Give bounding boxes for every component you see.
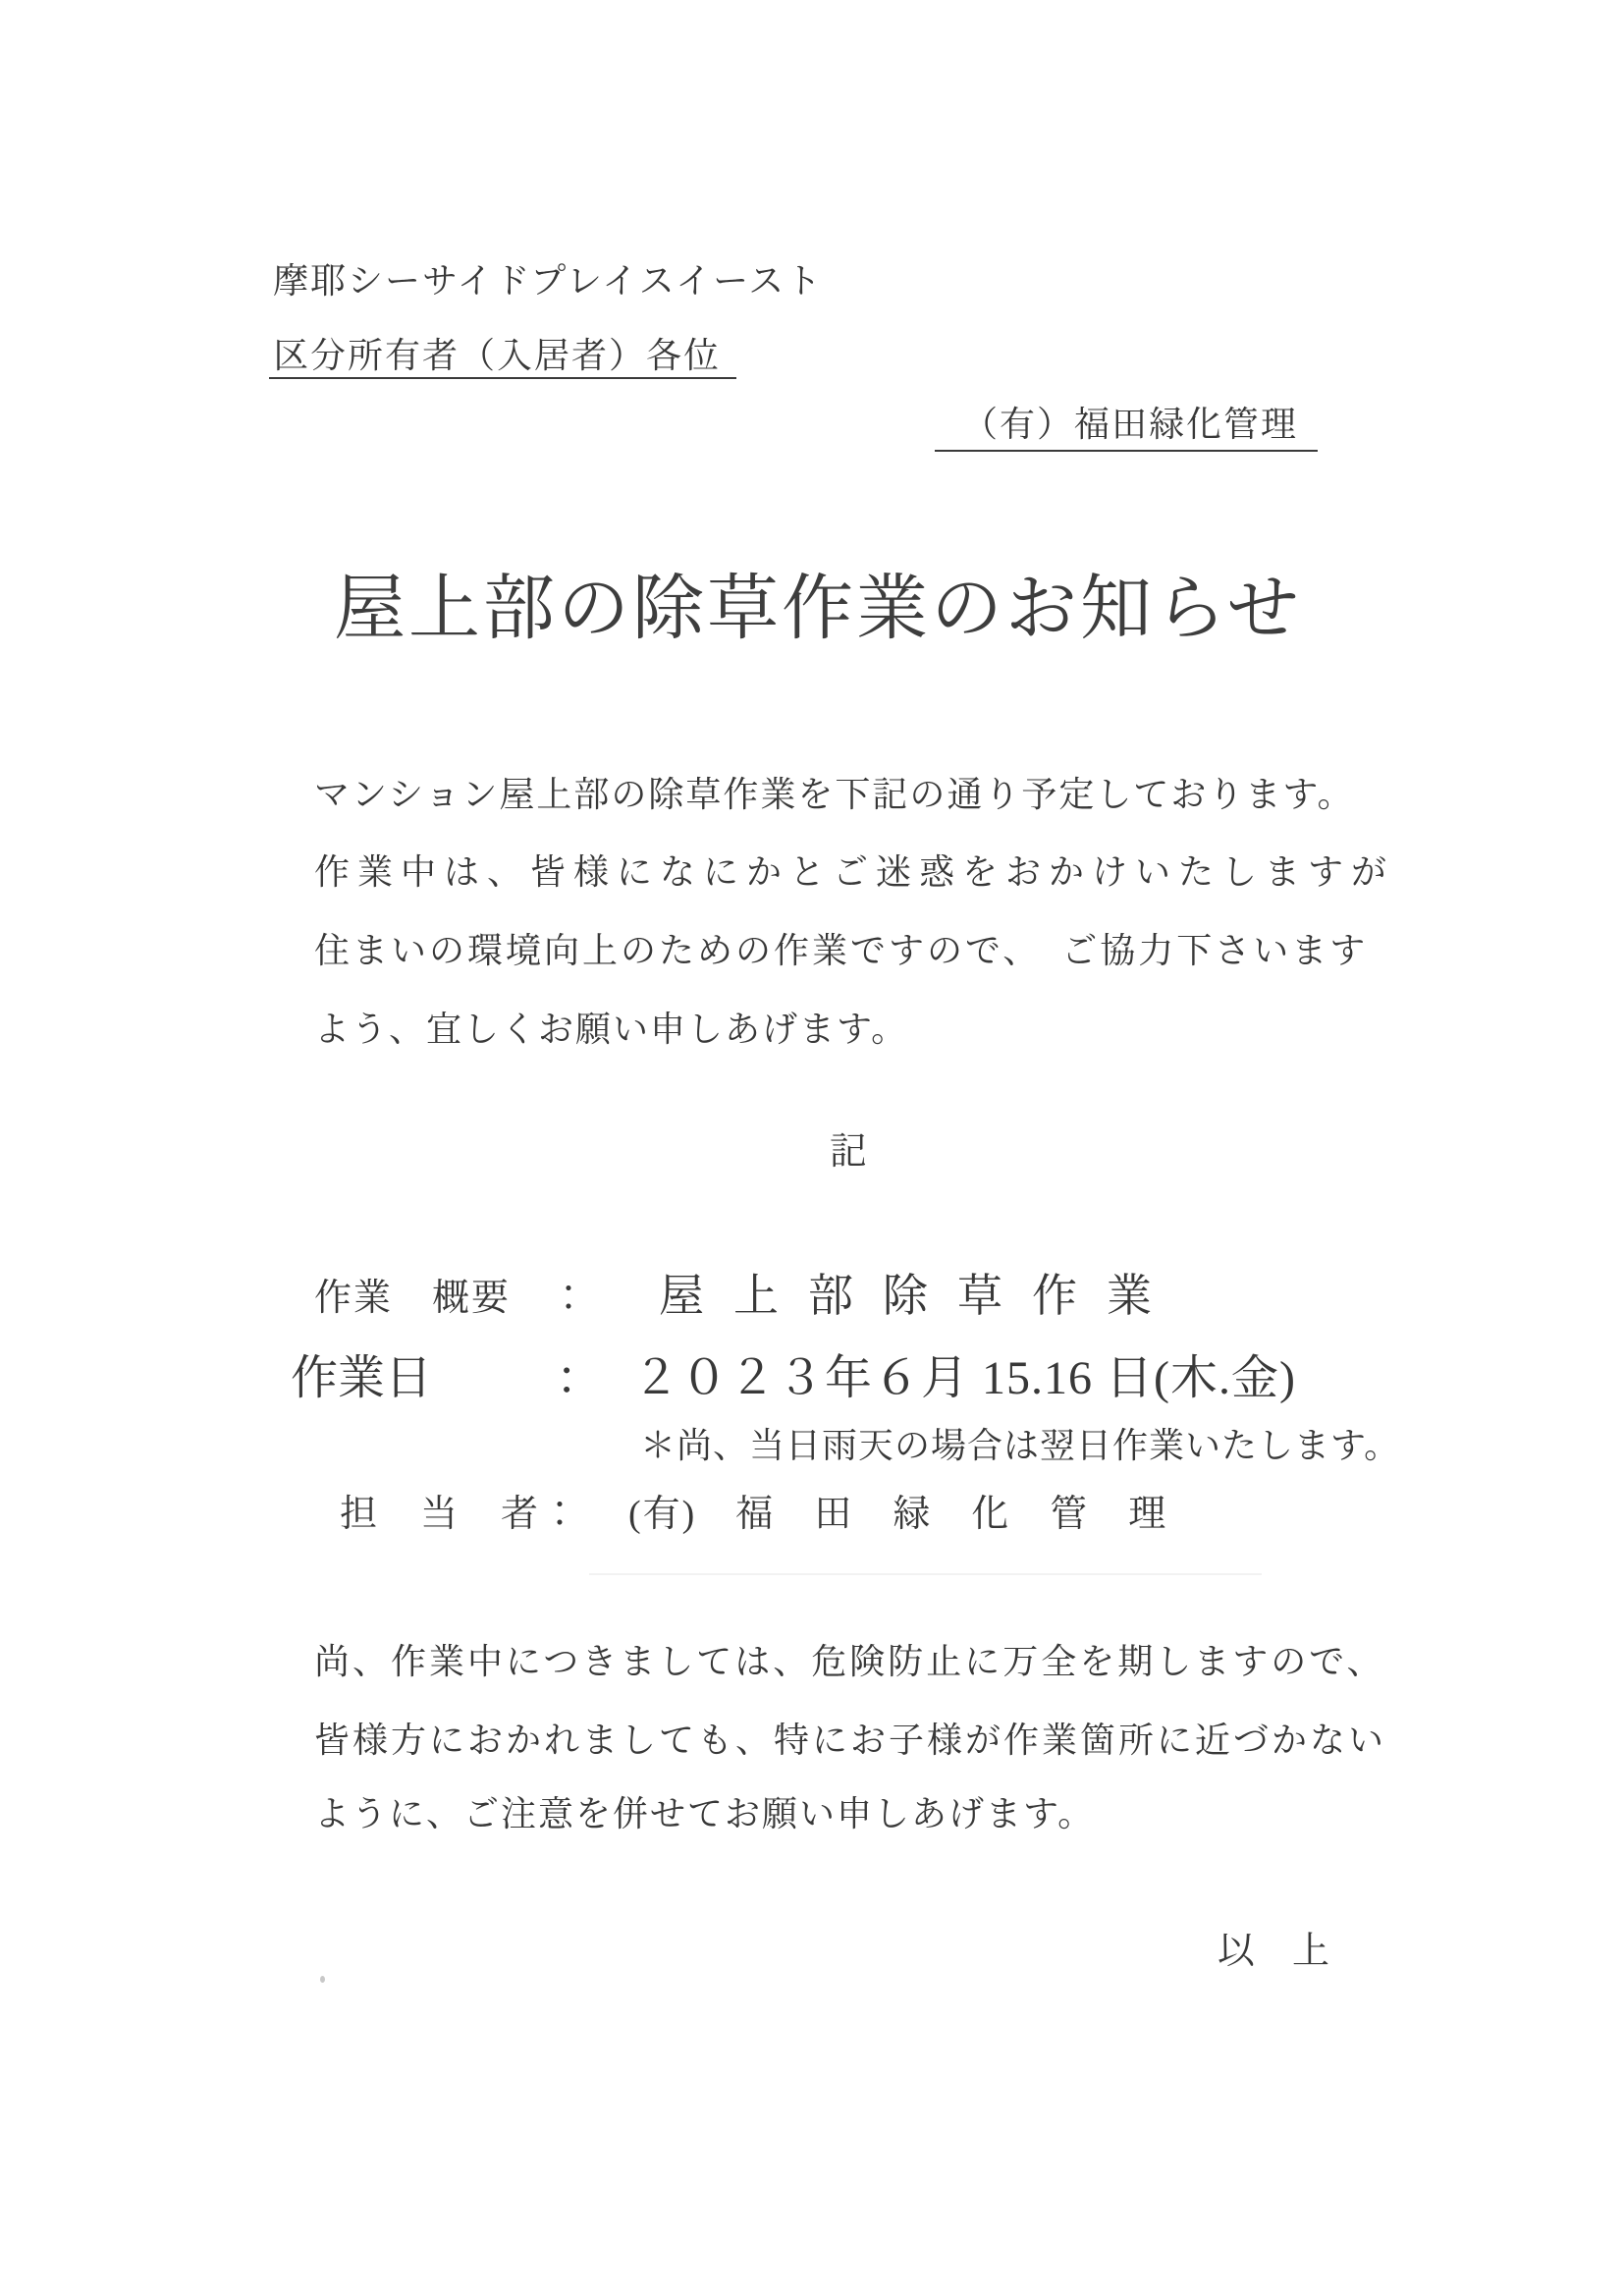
rain-note: ＊尚、当日雨天の場合は翌日作業いたします。: [640, 1426, 1400, 1466]
body2-line3: ように、ご注意を併せてお願い申しあげます。: [314, 1794, 1095, 1834]
body2-line2: 皆様方におかれましても、特にお子様が作業箇所に近づかない: [314, 1721, 1386, 1761]
staff-value: (有) 福 田 緑 化 管 理: [628, 1494, 1167, 1537]
document-page: 摩耶シーサイドプレイスイースト 区分所有者（入居者）各位 （有）福田緑化管理 屋…: [0, 0, 1624, 2296]
scan-artifact-dot: [320, 1976, 325, 1983]
body1-line3: 住まいの環境向上のための作業ですので、 ご協力下さいます: [314, 931, 1368, 971]
closing-marker: 以 上: [1218, 1931, 1329, 1974]
recipient-building-name: 摩耶シーサイドプレイスイースト: [273, 261, 823, 301]
body1-line4: よう、宜しくお願い申しあげます。: [314, 1010, 908, 1050]
sender-company-name: （有）福田緑化管理: [962, 405, 1298, 445]
summary-value: 屋上部除草作業: [659, 1271, 1181, 1323]
record-marker: 記: [830, 1131, 867, 1175]
work-date-colon: ：: [556, 1351, 603, 1405]
work-date-label: 作業日: [291, 1351, 432, 1405]
body2-line1: 尚、作業中につきましては、危険防止に万全を期しますので、: [314, 1642, 1385, 1682]
body1-line1: マンション屋上部の除草作業を下記の通り予定しております。: [314, 775, 1355, 815]
sender-underline: [935, 450, 1318, 452]
summary-label: 作業 概要 ：: [314, 1278, 589, 1321]
recipient-underline: [269, 377, 736, 379]
page-title: 屋上部の除草作業のお知らせ: [334, 568, 1302, 650]
work-date-value: ２０２３年６月 15.16 日(木.金): [632, 1351, 1296, 1405]
staff-underline-faint: [589, 1573, 1262, 1575]
body1-line2: 作業中は、皆様になにかとご迷惑をおかけいたしますが: [314, 852, 1394, 893]
staff-label: 担 当 者：: [340, 1494, 581, 1537]
recipient-addressee: 区分所有者（入居者）各位: [273, 336, 721, 376]
